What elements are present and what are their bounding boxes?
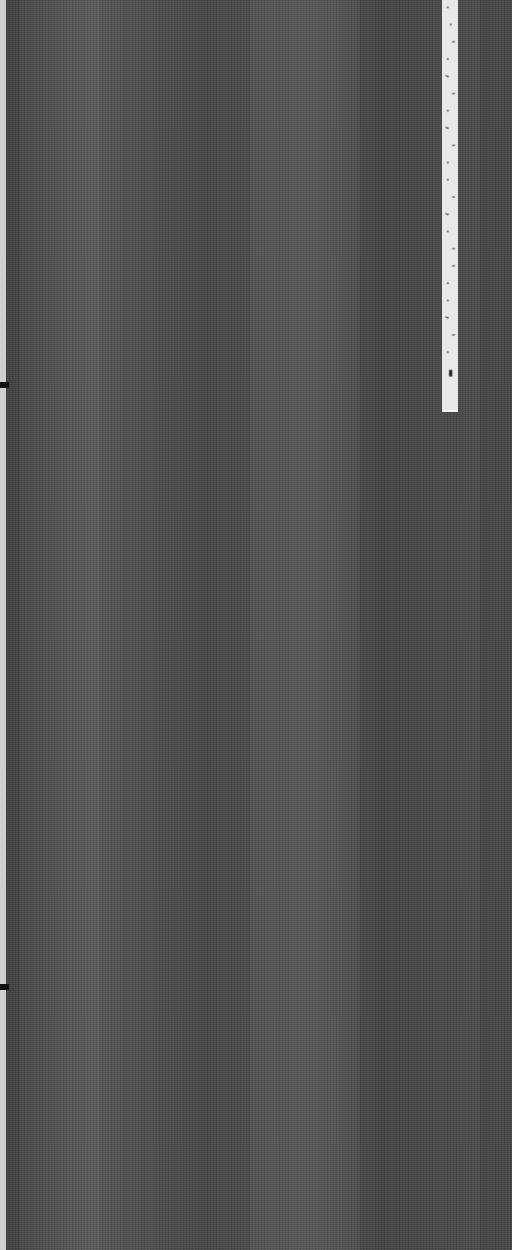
edge-mark [0,984,9,990]
scan-band [250,0,360,1250]
edge-mark [0,382,9,388]
left-edge-strip [0,0,6,1250]
label-strip: . · ' . , ' . , ' . . ' , . ' ' . . , ' … [442,0,458,412]
label-text: . · ' . , ' . , ' . . ' , . ' ' . . , ' … [444,4,457,381]
scan-band [20,0,100,1250]
scan-band [480,0,512,1250]
